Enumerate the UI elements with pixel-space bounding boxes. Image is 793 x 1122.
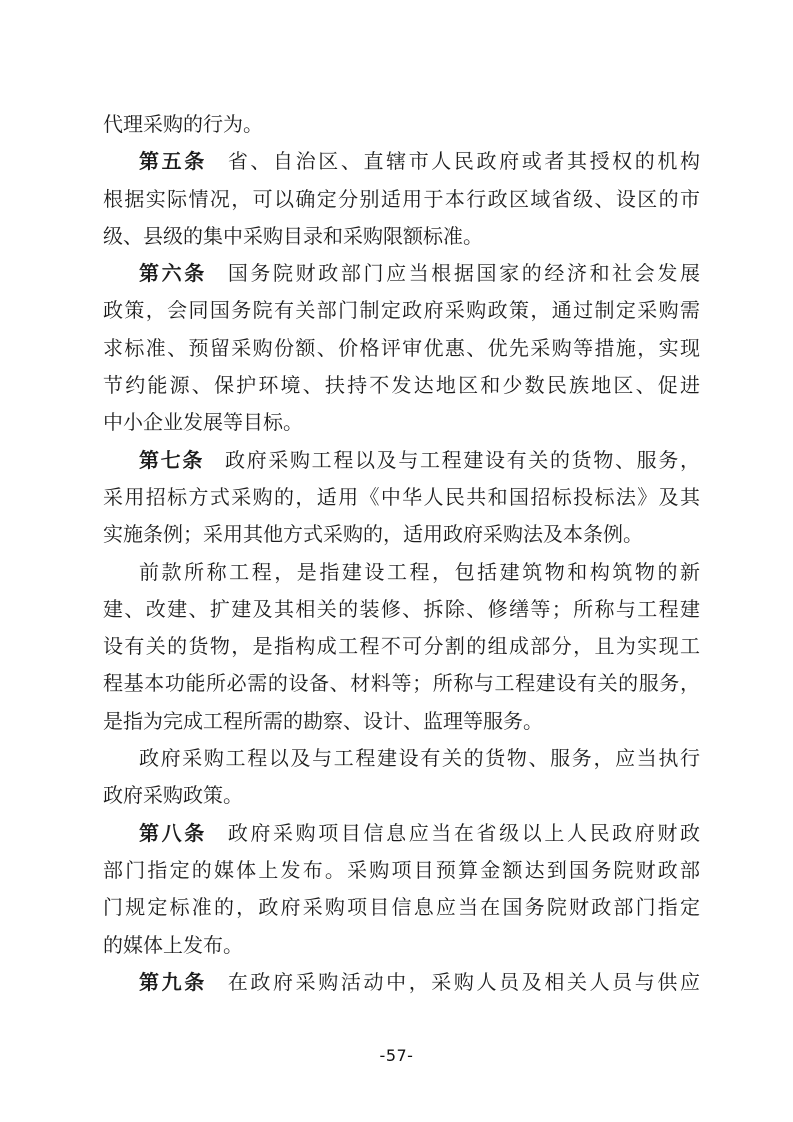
article-9-heading-line: 第九条在政府采购活动中，采购人员及相关人员与供应 xyxy=(103,965,700,1002)
line-text: 前款所称工程，是指建设工程，包括建筑物和构筑物的新 xyxy=(139,562,700,584)
line-text: 节约能源、保护环境、扶持不发达地区和少数民族地区、促进 xyxy=(103,375,700,397)
article-number: 第六条 xyxy=(139,263,207,285)
text-line: 节约能源、保护环境、扶持不发达地区和少数民族地区、促进 xyxy=(103,368,700,405)
article-6-heading-line: 第六条国务院财政部门应当根据国家的经济和社会发展 xyxy=(103,256,700,293)
line-text: 采用招标方式采购的，适用《中华人民共和国招标投标法》及其 xyxy=(103,487,700,509)
line-text: 省、自治区、直辖市人民政府或者其授权的机构 xyxy=(228,151,700,173)
line-text: 政府采购工程以及与工程建设有关的货物、服务，应当执行 xyxy=(139,748,700,770)
article-7-heading-line: 第七条政府采购工程以及与工程建设有关的货物、服务， xyxy=(103,443,700,480)
line-text: 在政府采购活动中，采购人员及相关人员与供应 xyxy=(228,972,700,994)
line-text: 国务院财政部门应当根据国家的经济和社会发展 xyxy=(228,263,700,285)
article-number: 第八条 xyxy=(139,823,207,845)
article-5-heading-line: 第五条省、自治区、直辖市人民政府或者其授权的机构 xyxy=(103,144,700,181)
text-line: 的媒体上发布。 xyxy=(103,928,700,965)
text-line: 建、改建、扩建及其相关的装修、拆除、修缮等；所称与工程建 xyxy=(103,592,700,629)
document-page: 代理采购的行为。 第五条省、自治区、直辖市人民政府或者其授权的机构 根据实际情况… xyxy=(0,0,793,1122)
line-text: 代理采购的行为。 xyxy=(103,114,263,136)
line-text: 门规定标准的，政府采购项目信息应当在国务院财政部门指定 xyxy=(103,897,700,919)
text-line: 求标准、预留采购份额、价格评审优惠、优先采购等措施，实现 xyxy=(103,331,700,368)
line-text: 程基本功能所必需的设备、材料等；所称与工程建设有关的服务， xyxy=(103,673,700,695)
text-line: 是指为完成工程所需的勘察、设计、监理等服务。 xyxy=(103,704,700,741)
line-text: 根据实际情况，可以确定分别适用于本行政区域省级、设区的市 xyxy=(103,189,700,211)
text-line: 部门指定的媒体上发布。采购项目预算金额达到国务院财政部 xyxy=(103,853,700,890)
article-number: 第七条 xyxy=(139,450,204,472)
line-text: 政策，会同国务院有关部门制定政府采购政策，通过制定采购需 xyxy=(103,300,700,322)
line-text: 政府采购工程以及与工程建设有关的货物、服务， xyxy=(225,450,700,472)
article-number: 第九条 xyxy=(139,972,207,994)
text-line: 政府采购政策。 xyxy=(103,778,700,815)
text-line: 采用招标方式采购的，适用《中华人民共和国招标投标法》及其 xyxy=(103,480,700,517)
text-line: 门规定标准的，政府采购项目信息应当在国务院财政部门指定 xyxy=(103,890,700,927)
line-text: 求标准、预留采购份额、价格评审优惠、优先采购等措施，实现 xyxy=(103,338,700,360)
text-line: 级、县级的集中采购目录和采购限额标准。 xyxy=(103,219,700,256)
text-line: 根据实际情况，可以确定分别适用于本行政区域省级、设区的市 xyxy=(103,182,700,219)
line-text: 政府采购政策。 xyxy=(103,785,243,807)
line-text: 中小企业发展等目标。 xyxy=(103,412,303,434)
document-body: 代理采购的行为。 第五条省、自治区、直辖市人民政府或者其授权的机构 根据实际情况… xyxy=(103,107,700,1002)
line-text: 设有关的货物，是指构成工程不可分割的组成部分，且为实现工 xyxy=(103,636,700,658)
line-text: 政府采购项目信息应当在省级以上人民政府财政 xyxy=(228,823,700,845)
line-text: 建、改建、扩建及其相关的装修、拆除、修缮等；所称与工程建 xyxy=(103,599,700,621)
text-line: 中小企业发展等目标。 xyxy=(103,405,700,442)
text-line: 程基本功能所必需的设备、材料等；所称与工程建设有关的服务， xyxy=(103,666,700,703)
line-text: 级、县级的集中采购目录和采购限额标准。 xyxy=(103,226,483,248)
article-number: 第五条 xyxy=(139,151,207,173)
line-text: 的媒体上发布。 xyxy=(103,935,243,957)
page-number: -57- xyxy=(0,1046,793,1065)
line-text: 是指为完成工程所需的勘察、设计、监理等服务。 xyxy=(103,711,543,733)
text-line: 政策，会同国务院有关部门制定政府采购政策，通过制定采购需 xyxy=(103,293,700,330)
text-line: 政府采购工程以及与工程建设有关的货物、服务，应当执行 xyxy=(103,741,700,778)
text-line: 实施条例；采用其他方式采购的，适用政府采购法及本条例。 xyxy=(103,517,700,554)
line-text: 部门指定的媒体上发布。采购项目预算金额达到国务院财政部 xyxy=(103,860,700,882)
line-text: 实施条例；采用其他方式采购的，适用政府采购法及本条例。 xyxy=(103,524,643,546)
text-line: 前款所称工程，是指建设工程，包括建筑物和构筑物的新 xyxy=(103,555,700,592)
text-line: 设有关的货物，是指构成工程不可分割的组成部分，且为实现工 xyxy=(103,629,700,666)
text-line: 代理采购的行为。 xyxy=(103,107,700,144)
article-8-heading-line: 第八条政府采购项目信息应当在省级以上人民政府财政 xyxy=(103,816,700,853)
